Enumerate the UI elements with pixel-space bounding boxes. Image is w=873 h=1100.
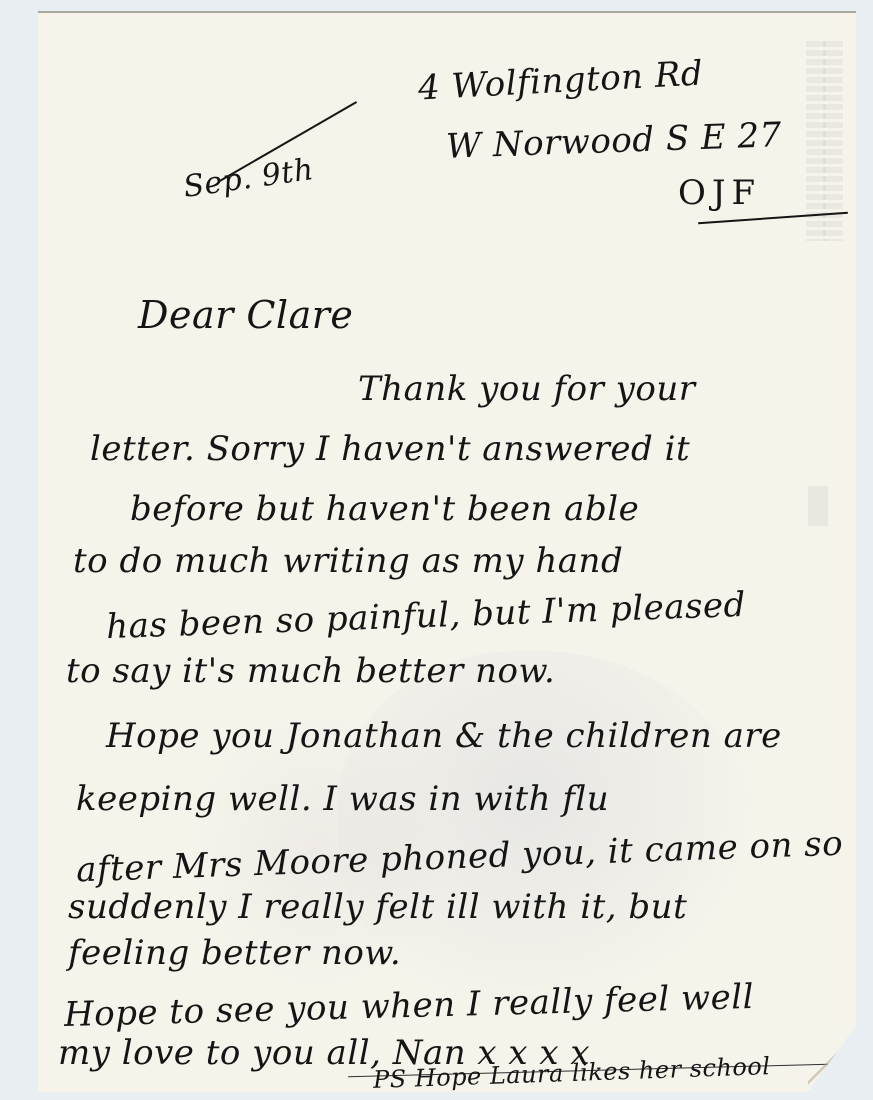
- body-line: before but haven't been able: [130, 489, 639, 529]
- salutation: Dear Clare: [138, 293, 353, 337]
- letter-date: Sep. 9th: [181, 152, 316, 205]
- body-line: suddenly I really felt ill with it, but: [68, 887, 687, 927]
- body-line: Hope to see you when I really feel well: [64, 977, 755, 1035]
- body-line: Hope you Jonathan & the children are: [106, 716, 782, 756]
- body-line: to do much writing as my hand: [73, 541, 623, 581]
- body-line: letter. Sorry I haven't answered it: [90, 429, 690, 469]
- address-line-3: OJF: [678, 173, 761, 213]
- body-line: to say it's much better now.: [66, 651, 555, 691]
- folded-corner: [808, 1026, 856, 1092]
- faded-stamp-mark: [808, 486, 828, 526]
- body-line: has been so painful, but I'm pleased: [105, 585, 746, 647]
- address-line-1: 4 Wolfington Rd: [417, 54, 704, 109]
- address-line-2: W Norwood S E 27: [445, 115, 782, 167]
- faded-print-strip-2: [823, 41, 843, 241]
- body-line: feeling better now.: [68, 933, 401, 973]
- body-line: keeping well. I was in with flu: [76, 779, 609, 819]
- body-line: Thank you for your: [358, 369, 695, 409]
- letter-paper: Sep. 9th 4 Wolfington Rd W Norwood S E 2…: [38, 11, 856, 1092]
